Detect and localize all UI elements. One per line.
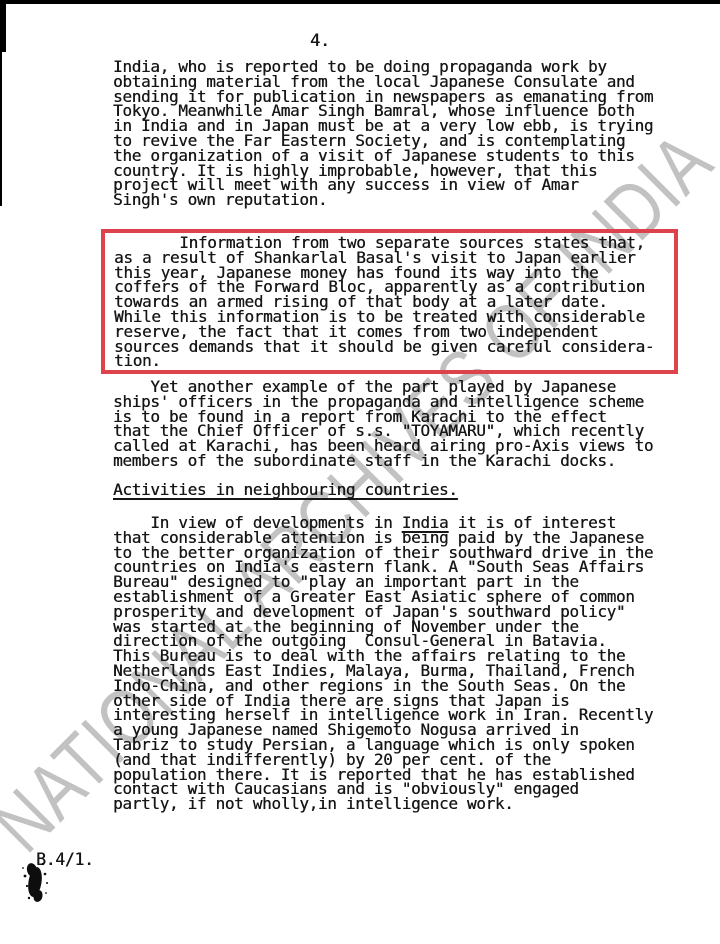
paragraph-neighbouring-text-after: it is of interest that considerable atte…	[113, 513, 653, 813]
paragraph-toyamaru: Yet another example of the part played b…	[113, 380, 653, 469]
paragraph-highlighted: Information from two separate sources st…	[114, 236, 654, 369]
page-number: 4.	[310, 34, 330, 49]
scan-edge-top	[0, 0, 720, 4]
red-highlight-box: Information from two separate sources st…	[101, 229, 678, 374]
scanned-document-page: NATIONAL ARCHIVES OF INDIA 4. India, who…	[0, 0, 720, 944]
ink-blot	[18, 856, 58, 908]
paragraph-opening: India, who is reported to be doing propa…	[113, 60, 653, 208]
scan-edge-left-thin	[0, 0, 2, 206]
section-heading: Activities in neighbouring countries.	[113, 483, 458, 498]
paragraph-neighbouring: In view of developments in India it is o…	[113, 516, 653, 812]
